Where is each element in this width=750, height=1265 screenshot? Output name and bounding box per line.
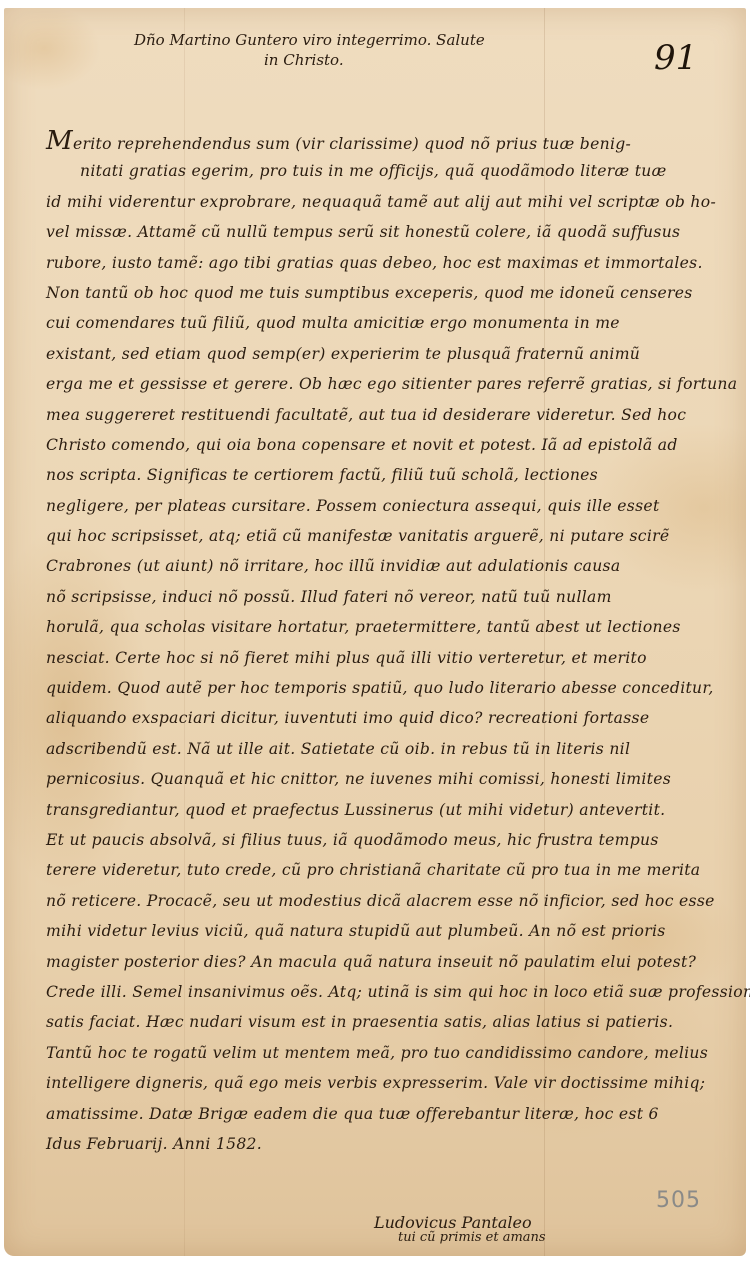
body-line: aliquando exspaciari dicitur, iuventuti … <box>46 703 726 733</box>
manuscript-page: Dño Martino Guntero viro integerrimo. Sa… <box>4 8 746 1256</box>
body-line: Crede illi. Semel insanivimus oẽs. Atq; … <box>46 977 726 1007</box>
body-line: satis faciat. Hæc nudari visum est in pr… <box>46 1007 726 1037</box>
body-line: nos scripta. Significas te certiorem fac… <box>46 460 726 490</box>
body-line: adscribendũ est. Nã ut ille ait. Satieta… <box>46 734 726 764</box>
body-line: nõ reticere. Procacẽ, seu ut modestius d… <box>46 886 726 916</box>
address-line-2: in Christo. <box>134 50 614 70</box>
body-line: horulã, qua scholas visitare hortatur, p… <box>46 612 726 642</box>
body-line: Merito reprehendendus sum (vir clarissim… <box>46 126 726 156</box>
letter-body: Merito reprehendendus sum (vir clarissim… <box>46 126 726 1159</box>
letter-address: Dño Martino Guntero viro integerrimo. Sa… <box>134 30 614 70</box>
body-line: mea suggereret restituendi facultatẽ, au… <box>46 400 726 430</box>
body-line: nesciat. Certe hoc si nõ fieret mihi plu… <box>46 643 726 673</box>
body-line: negligere, per plateas cursitare. Possem… <box>46 491 726 521</box>
body-line: id mihi viderentur exprobrare, nequaquã … <box>46 187 726 217</box>
body-line: Et ut paucis absolvã, si filius tuus, iã… <box>46 825 726 855</box>
body-line: Crabrones (ut aiunt) nõ irritare, hoc il… <box>46 551 726 581</box>
body-line: Idus Februarij. Anni 1582. <box>46 1129 726 1159</box>
signature-block: Ludovicus Pantaleo tui cũ primis et aman… <box>374 1213 546 1245</box>
body-line: Non tantũ ob hoc quod me tuis sumptibus … <box>46 278 726 308</box>
body-line: terere videretur, tuto crede, cũ pro chr… <box>46 855 726 885</box>
body-line: magister posterior dies? An macula quã n… <box>46 947 726 977</box>
body-line: quidem. Quod autẽ per hoc temporis spati… <box>46 673 726 703</box>
body-line: Tantũ hoc te rogatũ velim ut mentem meã,… <box>46 1038 726 1068</box>
body-line: existant, sed etiam quod semp(er) experi… <box>46 339 726 369</box>
body-line: rubore, iusto tamẽ: ago tibi gratias qua… <box>46 248 726 278</box>
body-line: intelligere digneris, quã ego meis verbi… <box>46 1068 726 1098</box>
signature-subscription: tui cũ primis et amans <box>374 1230 546 1245</box>
body-line: mihi videtur levius viciũ, quã natura st… <box>46 916 726 946</box>
body-line: vel missæ. Attamẽ cũ nullũ tempus serũ s… <box>46 217 726 247</box>
body-line: qui hoc scripsisset, atq; etiã cũ manife… <box>46 521 726 551</box>
folio-number: 91 <box>654 38 697 78</box>
body-line: nitati gratias egerim, pro tuis in me of… <box>46 156 726 186</box>
body-line: nõ scripsisse, induci nõ possũ. Illud fa… <box>46 582 726 612</box>
body-line: amatissime. Datæ Brigæ eadem die qua tuæ… <box>46 1099 726 1129</box>
pencil-annotation: 505 <box>656 1188 701 1213</box>
body-line: transgrediantur, quod et praefectus Luss… <box>46 795 726 825</box>
address-line-1: Dño Martino Guntero viro integerrimo. Sa… <box>134 31 485 49</box>
body-line: cui comendares tuũ filiũ, quod multa ami… <box>46 308 726 338</box>
body-line: erga me et gessisse et gerere. Ob hæc eg… <box>46 369 726 399</box>
body-line: Christo comendo, qui oia bona copensare … <box>46 430 726 460</box>
body-line: pernicosius. Quanquã et hic cnittor, ne … <box>46 764 726 794</box>
